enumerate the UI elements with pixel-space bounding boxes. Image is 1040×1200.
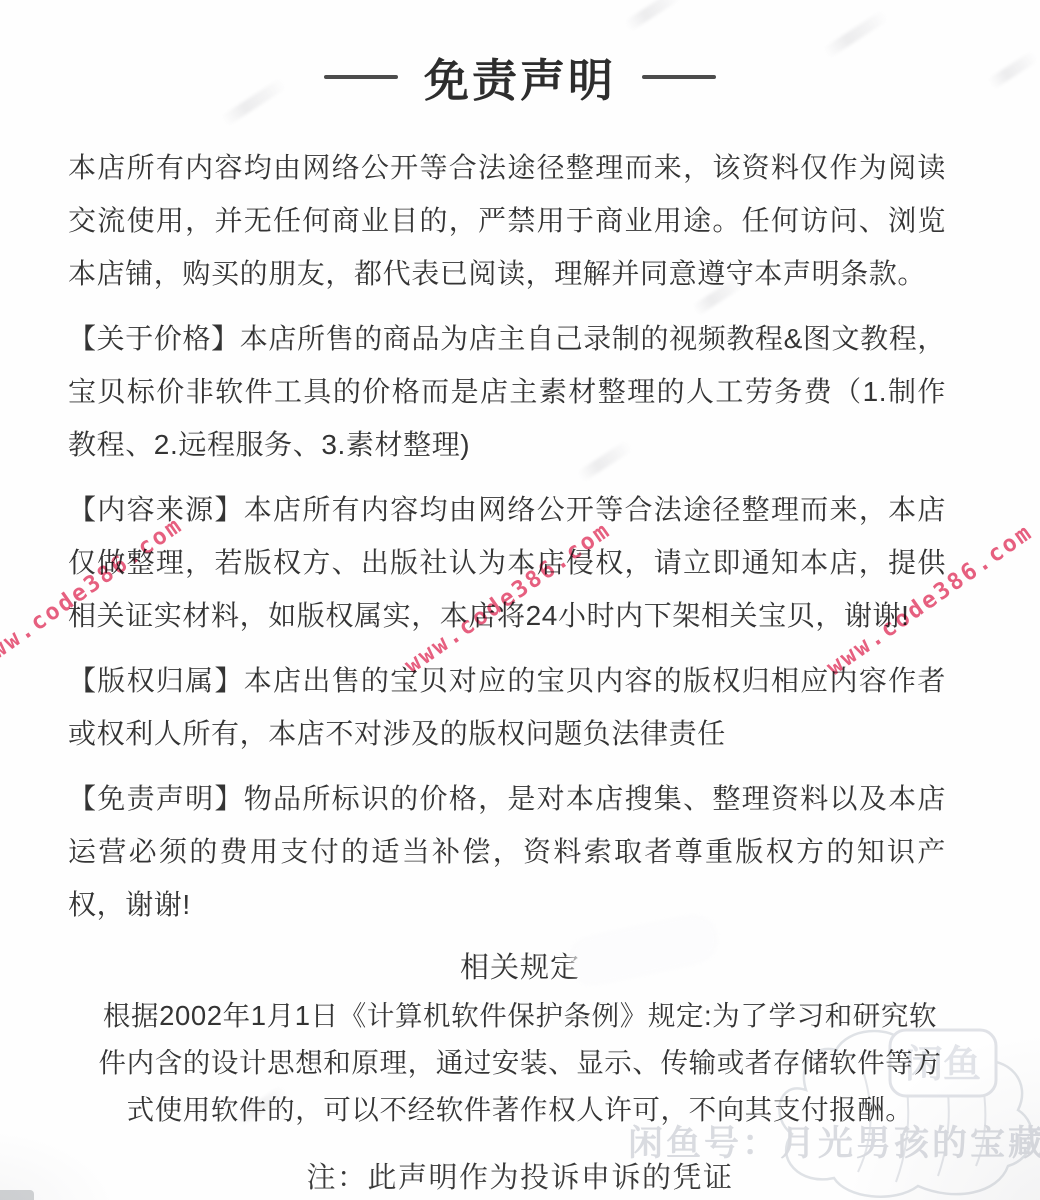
- regulations-heading: 相关规定: [0, 945, 1040, 986]
- document-body: 本店所有内容均由网络公开等合法途径整理而来，该资料仅作为阅读交流使用，并无任何商…: [68, 141, 946, 931]
- disclaimer-document: 闲鱼 闲鱼号：月光男孩的宝藏 免责声明 本店所有内容均由网络公开等合法途径整理而…: [0, 0, 1040, 1200]
- section-pricing: 【关于价格】本店所售的商品为店主自己录制的视频教程&图文教程，宝贝标价非软件工具…: [68, 312, 946, 471]
- section-copyright-ownership: 【版权归属】本店出售的宝贝对应的宝贝内容的版权归相应内容作者或权利人所有，本店不…: [68, 654, 946, 760]
- complaint-note: 注：此声明作为投诉申诉的凭证: [0, 1155, 1040, 1196]
- section-disclaimer-label: 【免责声明】: [68, 783, 244, 814]
- section-pricing-label: 【关于价格】: [68, 323, 240, 354]
- title-right-dash: [642, 75, 716, 79]
- intro-paragraph: 本店所有内容均由网络公开等合法途径整理而来，该资料仅作为阅读交流使用，并无任何商…: [68, 141, 946, 300]
- scan-corner-artifact: [0, 1190, 34, 1200]
- regulations-text: 根据2002年1月1日《计算机软件保护条例》规定:为了学习和研究软件内含的设计思…: [94, 992, 946, 1133]
- page-title: 免责声明: [424, 44, 616, 109]
- section-content-source: 【内容来源】本店所有内容均由网络公开等合法途径整理而来，本店仅做整理，若版权方、…: [68, 483, 946, 642]
- section-content-source-label: 【内容来源】: [68, 494, 244, 525]
- title-row: 免责声明: [0, 44, 1040, 109]
- section-copyright-ownership-label: 【版权归属】: [68, 665, 244, 696]
- section-disclaimer: 【免责声明】物品所标识的价格，是对本店搜集、整理资料以及本店运营必须的费用支付的…: [68, 772, 946, 931]
- title-left-dash: [324, 75, 398, 79]
- faint-watermark-smudge: [624, 0, 683, 32]
